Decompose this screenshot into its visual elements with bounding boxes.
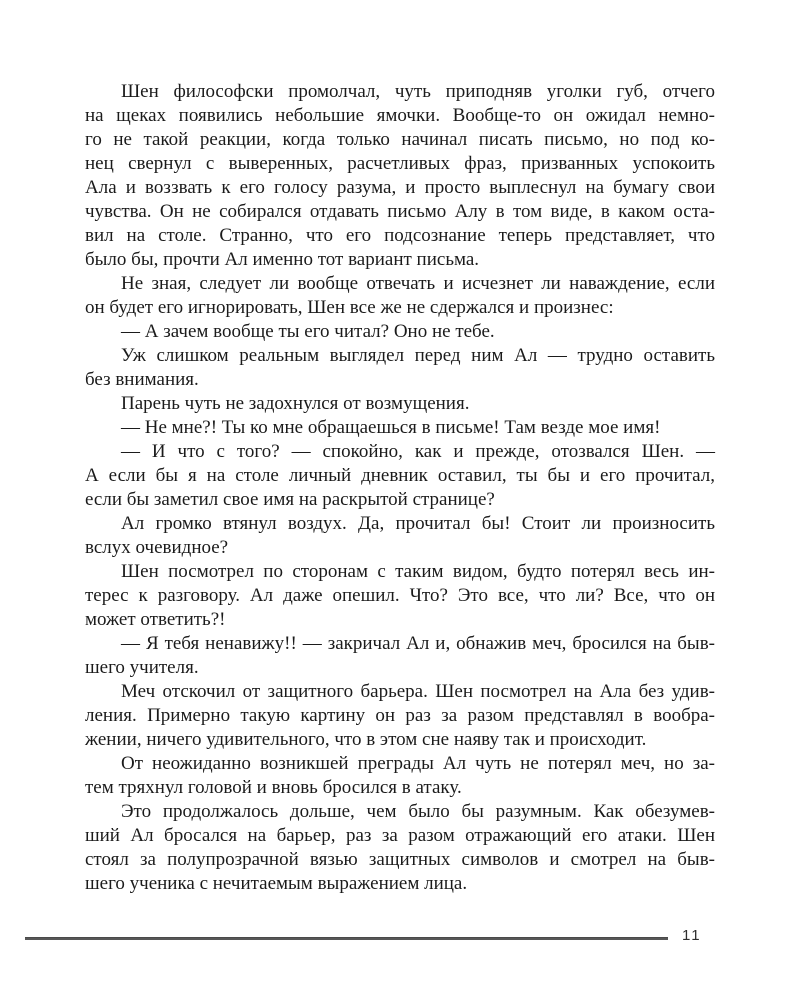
paragraph: — Не мне?! Ты ко мне обращаешься в письм… (85, 416, 715, 440)
text-line: Парень чуть не задохнулся от возмущения. (85, 392, 715, 416)
text-line: От неожиданно возникшей преграды Ал чуть… (85, 752, 715, 776)
paragraph: Ал громко втянул воздух. Да, прочитал бы… (85, 512, 715, 560)
paragraph: — И что с того? — спокойно, как и прежде… (85, 440, 715, 512)
text-line: тем тряхнул головой и вновь бросился в а… (85, 776, 715, 800)
paragraph: — А зачем вообще ты его читал? Оно не те… (85, 320, 715, 344)
page-number: 11 (682, 927, 702, 944)
text-line: Ала и воззвать к его голосу разума, и пр… (85, 176, 715, 200)
text-line: он будет его игнорировать, Шен все же не… (85, 296, 715, 320)
book-page: Шен философски промолчал, чуть приподняв… (0, 0, 800, 1000)
text-line: чувства. Он не собирался отдавать письмо… (85, 200, 715, 224)
paragraph: Шен философски промолчал, чуть приподняв… (85, 80, 715, 272)
text-line: Это продолжалось дольше, чем было бы раз… (85, 800, 715, 824)
text-line: на щеках появились небольшие ямочки. Воо… (85, 104, 715, 128)
text-line: — Я тебя ненавижу!! — закричал Ал и, обн… (85, 632, 715, 656)
paragraph: Меч отскочил от защитного барьера. Шен п… (85, 680, 715, 752)
text-line: было бы, прочти Ал именно тот вариант пи… (85, 248, 715, 272)
text-line: Меч отскочил от защитного барьера. Шен п… (85, 680, 715, 704)
paragraph: От неожиданно возникшей преграды Ал чуть… (85, 752, 715, 800)
text-line: го не такой реакции, когда только начина… (85, 128, 715, 152)
footer-rule (25, 937, 668, 940)
text-line: — Не мне?! Ты ко мне обращаешься в письм… (85, 416, 715, 440)
text-line: вил на столе. Странно, что его подсознан… (85, 224, 715, 248)
text-line: нец свернул с выверенных, расчетливых фр… (85, 152, 715, 176)
text-line: без внимания. (85, 368, 715, 392)
paragraph: — Я тебя ненавижу!! — закричал Ал и, обн… (85, 632, 715, 680)
paragraph: Шен посмотрел по сторонам с таким видом,… (85, 560, 715, 632)
text-line: стоял за полупрозрачной вязью защитных с… (85, 848, 715, 872)
text-line: если бы заметил свое имя на раскрытой ст… (85, 488, 715, 512)
text-line: может ответить?! (85, 608, 715, 632)
text-line: А если бы я на столе личный дневник оста… (85, 464, 715, 488)
text-line: вслух очевидное? (85, 536, 715, 560)
text-line: шего ученика с нечитаемым выражением лиц… (85, 872, 715, 896)
paragraph: Не зная, следует ли вообще отвечать и ис… (85, 272, 715, 320)
text-line: — И что с того? — спокойно, как и прежде… (85, 440, 715, 464)
text-line: Ал громко втянул воздух. Да, прочитал бы… (85, 512, 715, 536)
text-line: ления. Примерно такую картину он раз за … (85, 704, 715, 728)
text-line: Уж слишком реальным выглядел перед ним А… (85, 344, 715, 368)
paragraph: Парень чуть не задохнулся от возмущения. (85, 392, 715, 416)
text-line: Шен философски промолчал, чуть приподняв… (85, 80, 715, 104)
paragraph: Это продолжалось дольше, чем было бы раз… (85, 800, 715, 896)
text-line: шего учителя. (85, 656, 715, 680)
text-line: Шен посмотрел по сторонам с таким видом,… (85, 560, 715, 584)
paragraph: Уж слишком реальным выглядел перед ним А… (85, 344, 715, 392)
text-line: жении, ничего удивительного, что в этом … (85, 728, 715, 752)
text-line: Не зная, следует ли вообще отвечать и ис… (85, 272, 715, 296)
text-line: терес к разговору. Ал даже опешил. Что? … (85, 584, 715, 608)
text-line: — А зачем вообще ты его читал? Оно не те… (85, 320, 715, 344)
text-line: ший Ал бросался на барьер, раз за разом … (85, 824, 715, 848)
body-text: Шен философски промолчал, чуть приподняв… (85, 80, 715, 896)
